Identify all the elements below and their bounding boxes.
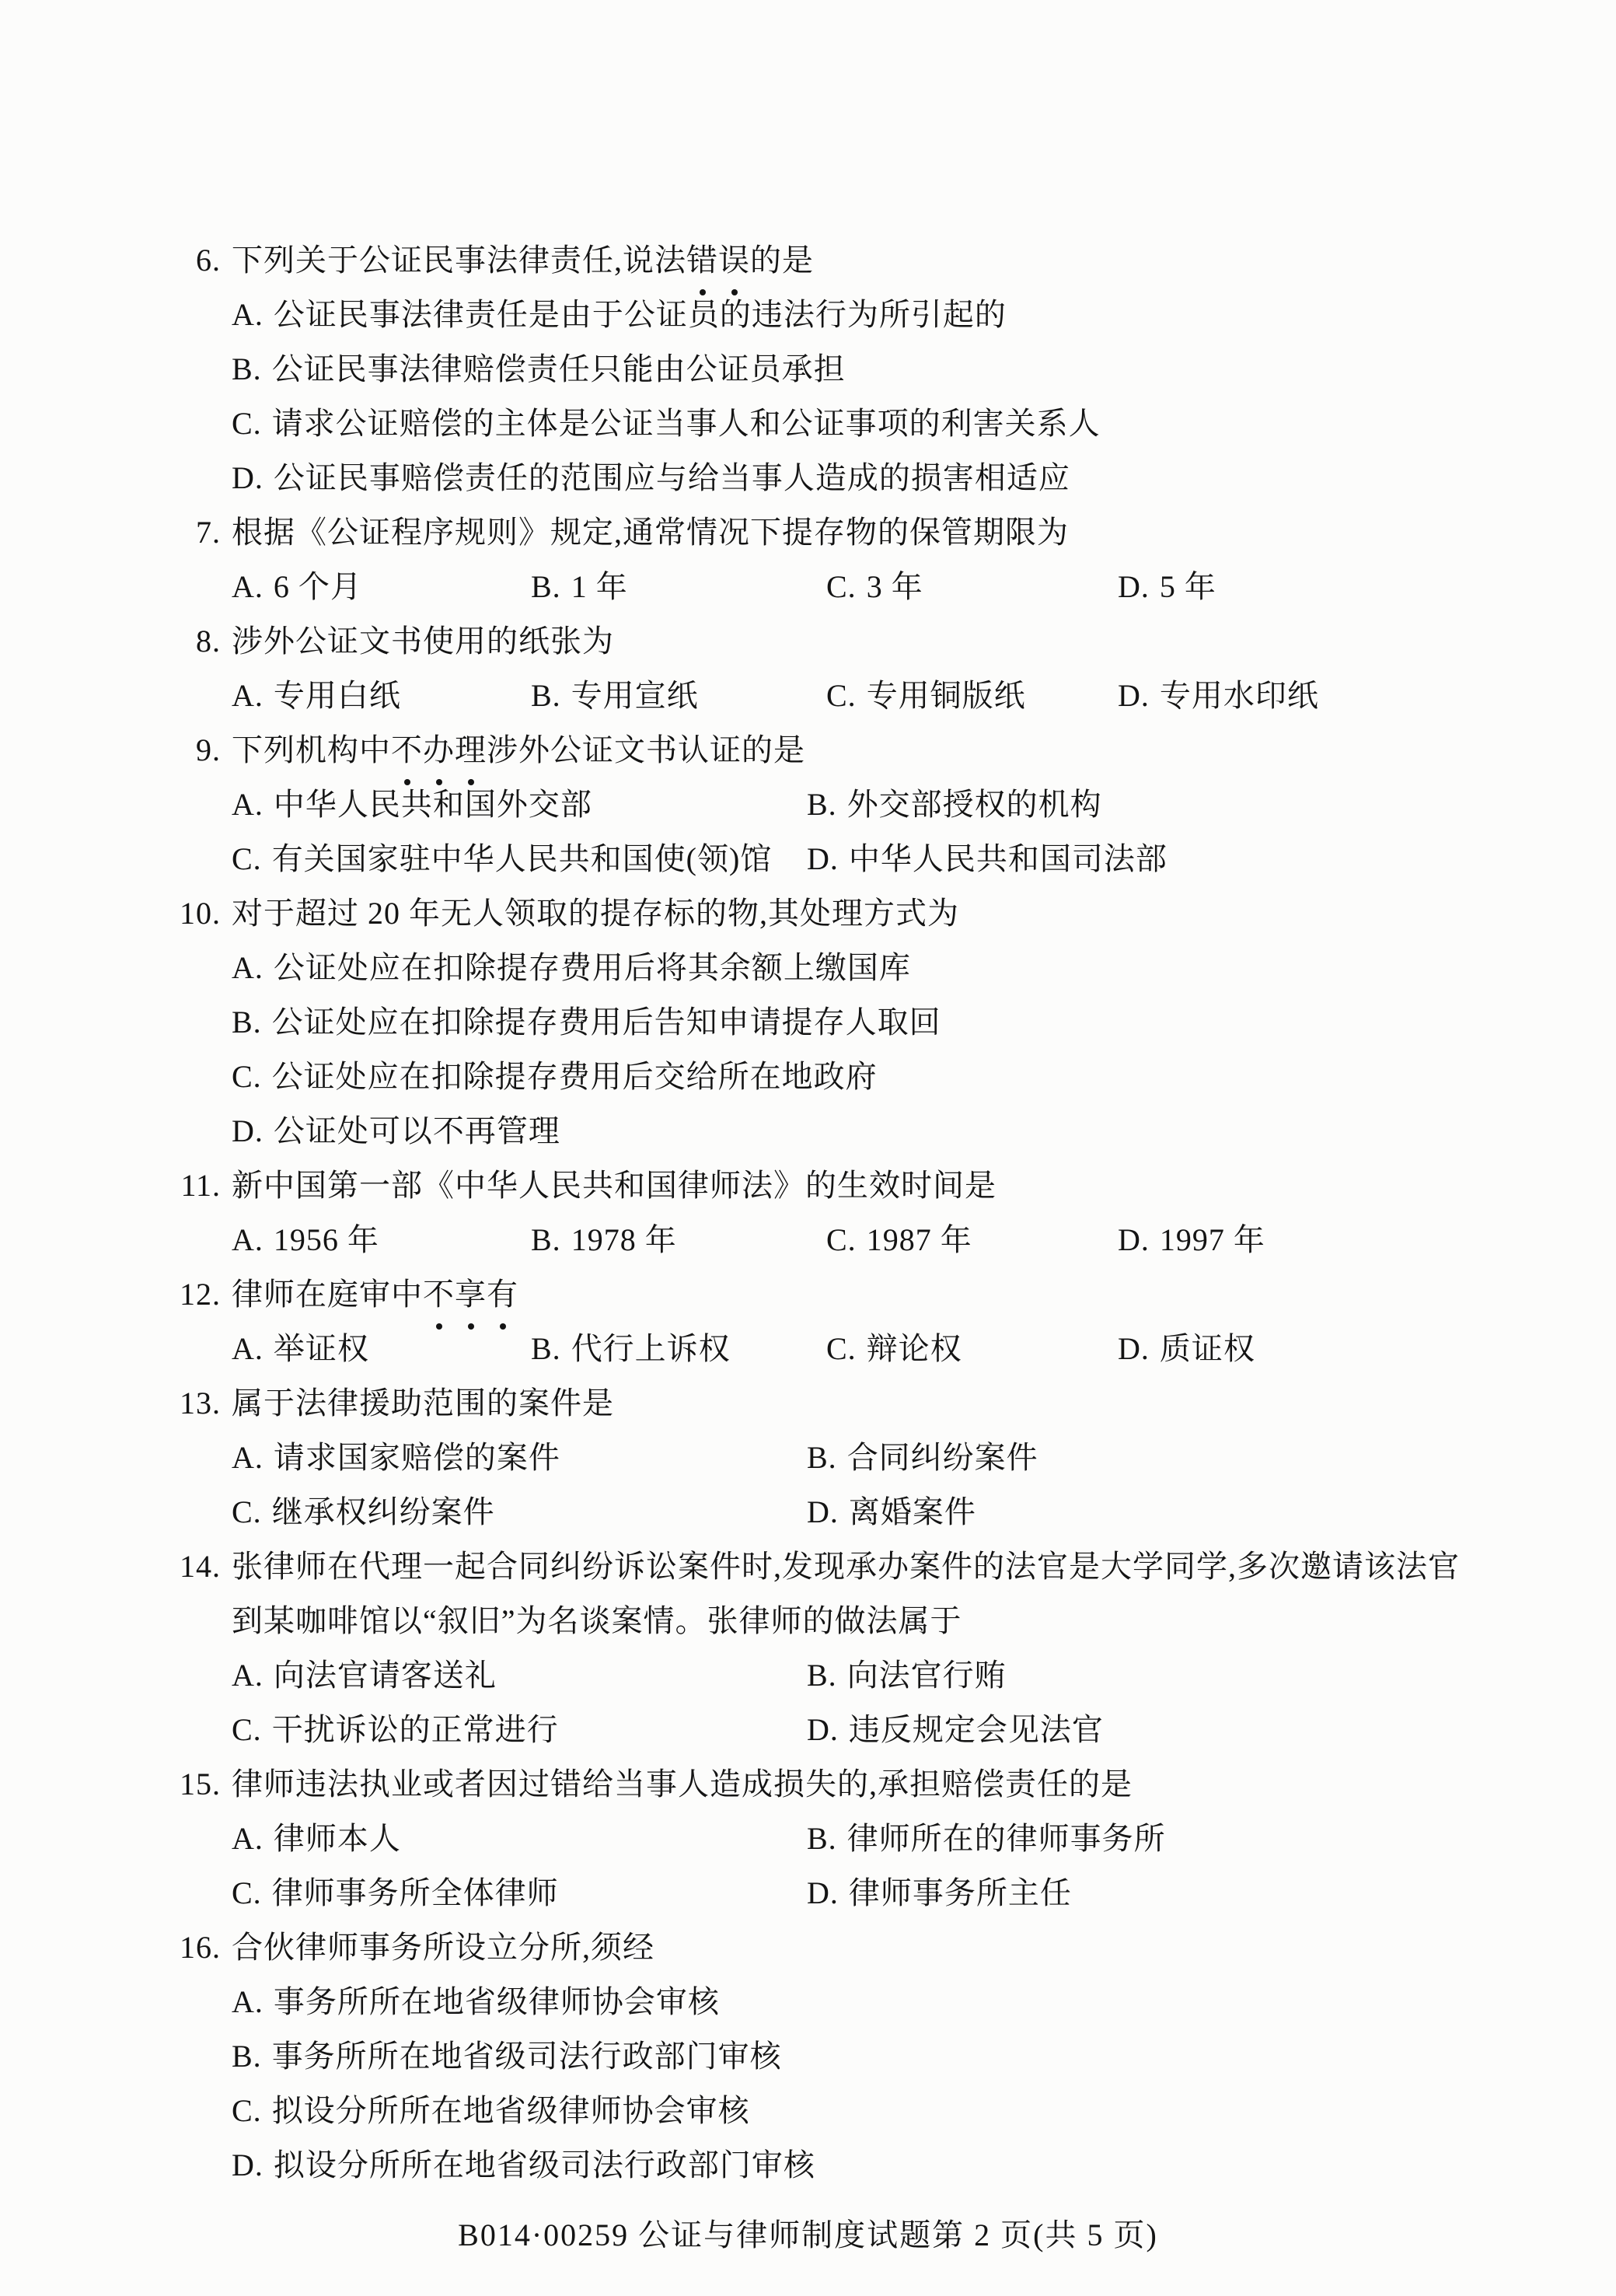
question-13: 13.属于法律援助范围的案件是A. 请求国家赔偿的案件B. 合同纠纷案件C. 继… xyxy=(177,1376,1471,1539)
options-row: A. 请求国家赔偿的案件B. 合同纠纷案件 xyxy=(177,1431,1471,1485)
option-B: B. 公证民事法律赔偿责任只能由公证员承担 xyxy=(177,342,1471,397)
option-label: D. xyxy=(807,1712,839,1747)
question-stem-text: 涉外公证文书使用的纸张为 xyxy=(232,624,614,659)
emphasis-dot xyxy=(700,289,706,295)
option-label: D. xyxy=(232,460,264,495)
option-B: B. 1978 年 xyxy=(531,1213,677,1267)
option-label: C. xyxy=(826,678,857,713)
option-label: C. xyxy=(826,1222,857,1257)
question-stem-text: 合伙律师事务所设立分所,须经 xyxy=(232,1930,654,1965)
question-14: 14.张律师在代理一起合同纠纷诉讼案件时,发现承办案件的法官是大学同学,多次邀请… xyxy=(177,1539,1471,1757)
options-row: A. 公证民事法律责任是由于公证员的违法行为所引起的B. 公证民事法律赔偿责任只… xyxy=(177,288,1471,505)
question-stem-text: 律师违法执业或者因过错给当事人造成损失的,承担赔偿责任的是 xyxy=(232,1767,1133,1802)
question-number: 10. xyxy=(166,886,221,941)
option-label: C. xyxy=(232,2093,262,2128)
option-B: B. 向法官行贿 xyxy=(807,1648,1007,1703)
option-A: A. 专用白纸 xyxy=(232,669,401,723)
option-label: B. xyxy=(531,1222,561,1257)
question-number: 11. xyxy=(166,1158,221,1213)
emphasized-char: 理 xyxy=(455,723,487,778)
question-number: 8. xyxy=(166,614,221,669)
option-C: C. 律师事务所全体律师 xyxy=(232,1866,559,1920)
question-number: 12. xyxy=(166,1267,221,1322)
options-row: C. 律师事务所全体律师D. 律师事务所主任 xyxy=(177,1866,1471,1920)
option-label: B. xyxy=(232,351,262,386)
option-label: D. xyxy=(807,1494,839,1529)
option-label: A. xyxy=(232,1821,264,1856)
option-A: A. 事务所所在地省级律师协会审核 xyxy=(177,1975,1471,2029)
question-stem: 10.对于超过 20 年无人领取的提存标的物,其处理方式为 xyxy=(177,886,1471,941)
option-label: A. xyxy=(232,569,264,604)
option-B: B. 律师所在的律师事务所 xyxy=(807,1812,1166,1866)
option-D: D. 质证权 xyxy=(1118,1322,1255,1376)
question-number: 7. xyxy=(166,505,221,560)
question-stem: 15.律师违法执业或者因过错给当事人造成损失的,承担赔偿责任的是 xyxy=(177,1757,1471,1812)
option-label: B. xyxy=(807,1658,837,1693)
question-6: 6.下列关于公证民事法律责任,说法错误的是A. 公证民事法律责任是由于公证员的违… xyxy=(177,233,1471,505)
question-7: 7.根据《公证程序规则》规定,通常情况下提存物的保管期限为A. 6 个月B. 1… xyxy=(177,505,1471,614)
options-row: A. 公证处应在扣除提存费用后将其余额上缴国库B. 公证处应在扣除提存费用后告知… xyxy=(177,941,1471,1158)
option-label: D. xyxy=(1118,1331,1150,1366)
option-C: C. 请求公证赔偿的主体是公证当事人和公证事项的利害关系人 xyxy=(177,397,1471,451)
option-label: A. xyxy=(232,787,264,822)
option-label: A. xyxy=(232,678,264,713)
option-label: D. xyxy=(1118,1222,1150,1257)
option-label: B. xyxy=(531,569,561,604)
option-B: B. 合同纠纷案件 xyxy=(807,1431,1038,1485)
option-label: B. xyxy=(531,678,561,713)
option-label: A. xyxy=(232,1658,264,1693)
option-D: D. 中华人民共和国司法部 xyxy=(807,832,1167,886)
option-D: D. 离婚案件 xyxy=(807,1485,976,1539)
option-label: B. xyxy=(807,1440,837,1475)
question-8: 8.涉外公证文书使用的纸张为A. 专用白纸B. 专用宣纸C. 专用铜版纸D. 专… xyxy=(177,614,1471,723)
question-16: 16.合伙律师事务所设立分所,须经A. 事务所所在地省级律师协会审核B. 事务所… xyxy=(177,1920,1471,2193)
question-stem-text: 对于超过 20 年无人领取的提存标的物,其处理方式为 xyxy=(232,896,959,931)
question-11: 11.新中国第一部《中华人民共和国律师法》的生效时间是A. 1956 年B. 1… xyxy=(177,1158,1471,1267)
option-C: C. 3 年 xyxy=(826,560,923,614)
option-A: A. 向法官请客送礼 xyxy=(232,1648,497,1703)
option-B: B. 外交部授权的机构 xyxy=(807,778,1102,832)
option-label: A. xyxy=(232,1440,264,1475)
option-D: D. 违反规定会见法官 xyxy=(807,1703,1104,1757)
option-B: B. 专用宣纸 xyxy=(531,669,699,723)
options-row: A. 专用白纸B. 专用宣纸C. 专用铜版纸D. 专用水印纸 xyxy=(177,669,1471,723)
question-10: 10.对于超过 20 年无人领取的提存标的物,其处理方式为A. 公证处应在扣除提… xyxy=(177,886,1471,1158)
options-row: A. 事务所所在地省级律师协会审核B. 事务所所在地省级司法行政部门审核C. 拟… xyxy=(177,1975,1471,2193)
option-label: B. xyxy=(232,2039,262,2074)
option-A: A. 公证民事法律责任是由于公证员的违法行为所引起的 xyxy=(177,288,1471,342)
option-label: C. xyxy=(232,1059,262,1094)
option-A: A. 公证处应在扣除提存费用后将其余额上缴国库 xyxy=(177,941,1471,995)
emphasized-char: 不 xyxy=(423,1267,455,1322)
options-row: A. 向法官请客送礼B. 向法官行贿 xyxy=(177,1648,1471,1703)
option-C: C. 1987 年 xyxy=(826,1213,972,1267)
option-C: C. 公证处应在扣除提存费用后交给所在地政府 xyxy=(177,1050,1471,1104)
emphasized-char: 误 xyxy=(718,233,750,288)
question-stem: 14.张律师在代理一起合同纠纷诉讼案件时,发现承办案件的法官是大学同学,多次邀请… xyxy=(177,1539,1471,1648)
emphasized-char: 享 xyxy=(455,1267,487,1322)
option-label: A. xyxy=(232,1222,264,1257)
option-A: A. 中华人民共和国外交部 xyxy=(232,778,592,832)
option-label: A. xyxy=(232,297,264,332)
option-label: A. xyxy=(232,1331,264,1366)
question-15: 15.律师违法执业或者因过错给当事人造成损失的,承担赔偿责任的是A. 律师本人B… xyxy=(177,1757,1471,1920)
option-label: C. xyxy=(232,1712,262,1747)
emphasized-char: 有 xyxy=(487,1267,518,1322)
option-C: C. 干扰诉讼的正常进行 xyxy=(232,1703,559,1757)
question-number: 14. xyxy=(166,1539,221,1594)
question-stem-text: 属于法律援助范围的案件是 xyxy=(232,1386,614,1421)
options-row: A. 6 个月B. 1 年C. 3 年D. 5 年 xyxy=(177,560,1471,614)
question-number: 6. xyxy=(166,233,221,288)
question-stem-text: 下列关于公证民事法律责任,说法错误的是 xyxy=(232,243,814,278)
option-label: C. xyxy=(232,406,262,441)
option-label: C. xyxy=(232,841,262,876)
question-stem-text: 张律师在代理一起合同纠纷诉讼案件时,发现承办案件的法官是大学同学,多次邀请该法官… xyxy=(232,1549,1460,1638)
option-A: A. 举证权 xyxy=(232,1322,369,1376)
option-A: A. 请求国家赔偿的案件 xyxy=(232,1431,560,1485)
question-9: 9.下列机构中不办理涉外公证文书认证的是A. 中华人民共和国外交部B. 外交部授… xyxy=(177,723,1471,886)
option-D: D. 拟设分所所在地省级司法行政部门审核 xyxy=(177,2138,1471,2193)
options-row: C. 干扰诉讼的正常进行D. 违反规定会见法官 xyxy=(177,1703,1471,1757)
question-stem: 16.合伙律师事务所设立分所,须经 xyxy=(177,1920,1471,1975)
option-D: D. 公证处可以不再管理 xyxy=(177,1104,1471,1158)
option-label: D. xyxy=(807,841,839,876)
option-label: D. xyxy=(1118,569,1150,604)
question-number: 15. xyxy=(166,1757,221,1812)
option-A: A. 6 个月 xyxy=(232,560,362,614)
question-number: 16. xyxy=(166,1920,221,1975)
option-A: A. 1956 年 xyxy=(232,1213,379,1267)
option-B: B. 代行上诉权 xyxy=(531,1322,731,1376)
options-row: A. 1956 年B. 1978 年C. 1987 年D. 1997 年 xyxy=(177,1213,1471,1267)
question-number: 9. xyxy=(166,723,221,778)
footer-text: B014·00259 公证与律师制度试题第 2 页(共 5 页) xyxy=(458,2217,1158,2252)
option-label: D. xyxy=(807,1875,839,1910)
option-label: D. xyxy=(232,2147,264,2182)
option-B: B. 1 年 xyxy=(531,560,628,614)
emphasis-dot xyxy=(731,289,738,295)
option-label: B. xyxy=(807,1821,837,1856)
option-C: C. 拟设分所所在地省级律师协会审核 xyxy=(177,2084,1471,2138)
option-D: D. 专用水印纸 xyxy=(1118,669,1319,723)
option-label: B. xyxy=(531,1331,561,1366)
options-row: A. 举证权B. 代行上诉权C. 辩论权D. 质证权 xyxy=(177,1322,1471,1376)
option-D: D. 律师事务所主任 xyxy=(807,1866,1072,1920)
option-label: C. xyxy=(232,1494,262,1529)
option-label: C. xyxy=(232,1875,262,1910)
option-label: A. xyxy=(232,1984,264,2019)
question-stem: 11.新中国第一部《中华人民共和国律师法》的生效时间是 xyxy=(177,1158,1471,1213)
option-C: C. 有关国家驻中华人民共和国使(领)馆 xyxy=(232,832,772,886)
options-row: C. 继承权纠纷案件D. 离婚案件 xyxy=(177,1485,1471,1539)
emphasized-char: 不 xyxy=(391,723,423,778)
question-stem-text: 新中国第一部《中华人民共和国律师法》的生效时间是 xyxy=(232,1168,996,1203)
option-label: C. xyxy=(826,569,857,604)
option-B: B. 事务所所在地省级司法行政部门审核 xyxy=(177,2029,1471,2084)
option-label: B. xyxy=(807,787,837,822)
option-A: A. 律师本人 xyxy=(232,1812,401,1866)
question-stem: 12.律师在庭审中不享有 xyxy=(177,1267,1471,1322)
question-stem-text: 下列机构中不办理涉外公证文书认证的是 xyxy=(232,732,805,767)
option-C: C. 专用铜版纸 xyxy=(826,669,1026,723)
option-label: A. xyxy=(232,950,264,985)
option-B: B. 公证处应在扣除提存费用后告知申请提存人取回 xyxy=(177,995,1471,1050)
question-stem: 7.根据《公证程序规则》规定,通常情况下提存物的保管期限为 xyxy=(177,505,1471,560)
emphasized-char: 错 xyxy=(686,233,718,288)
option-label: D. xyxy=(232,1113,264,1148)
exam-paper-page: 6.下列关于公证民事法律责任,说法错误的是A. 公证民事法律责任是由于公证员的违… xyxy=(0,0,1616,2296)
question-stem: 13.属于法律援助范围的案件是 xyxy=(177,1376,1471,1431)
question-12: 12.律师在庭审中不享有A. 举证权B. 代行上诉权C. 辩论权D. 质证权 xyxy=(177,1267,1471,1376)
options-row: C. 有关国家驻中华人民共和国使(领)馆D. 中华人民共和国司法部 xyxy=(177,832,1471,886)
option-label: D. xyxy=(1118,678,1150,713)
question-list: 6.下列关于公证民事法律责任,说法错误的是A. 公证民事法律责任是由于公证员的违… xyxy=(177,233,1471,2193)
option-D: D. 1997 年 xyxy=(1118,1213,1265,1267)
option-D: D. 公证民事赔偿责任的范围应与给当事人造成的损害相适应 xyxy=(177,451,1471,505)
options-row: A. 律师本人B. 律师所在的律师事务所 xyxy=(177,1812,1471,1866)
question-stem: 8.涉外公证文书使用的纸张为 xyxy=(177,614,1471,669)
page-footer: B014·00259 公证与律师制度试题第 2 页(共 5 页) xyxy=(0,2210,1616,2255)
question-stem-text: 律师在庭审中不享有 xyxy=(232,1277,518,1312)
question-stem: 6.下列关于公证民事法律责任,说法错误的是 xyxy=(177,233,1471,288)
option-D: D. 5 年 xyxy=(1118,560,1216,614)
emphasized-char: 办 xyxy=(423,723,455,778)
option-label: B. xyxy=(232,1005,262,1040)
question-stem-text: 根据《公证程序规则》规定,通常情况下提存物的保管期限为 xyxy=(232,515,1069,550)
option-C: C. 辩论权 xyxy=(826,1322,962,1376)
option-label: C. xyxy=(826,1331,857,1366)
question-number: 13. xyxy=(166,1376,221,1431)
question-stem: 9.下列机构中不办理涉外公证文书认证的是 xyxy=(177,723,1471,778)
options-row: A. 中华人民共和国外交部B. 外交部授权的机构 xyxy=(177,778,1471,832)
option-C: C. 继承权纠纷案件 xyxy=(232,1485,495,1539)
